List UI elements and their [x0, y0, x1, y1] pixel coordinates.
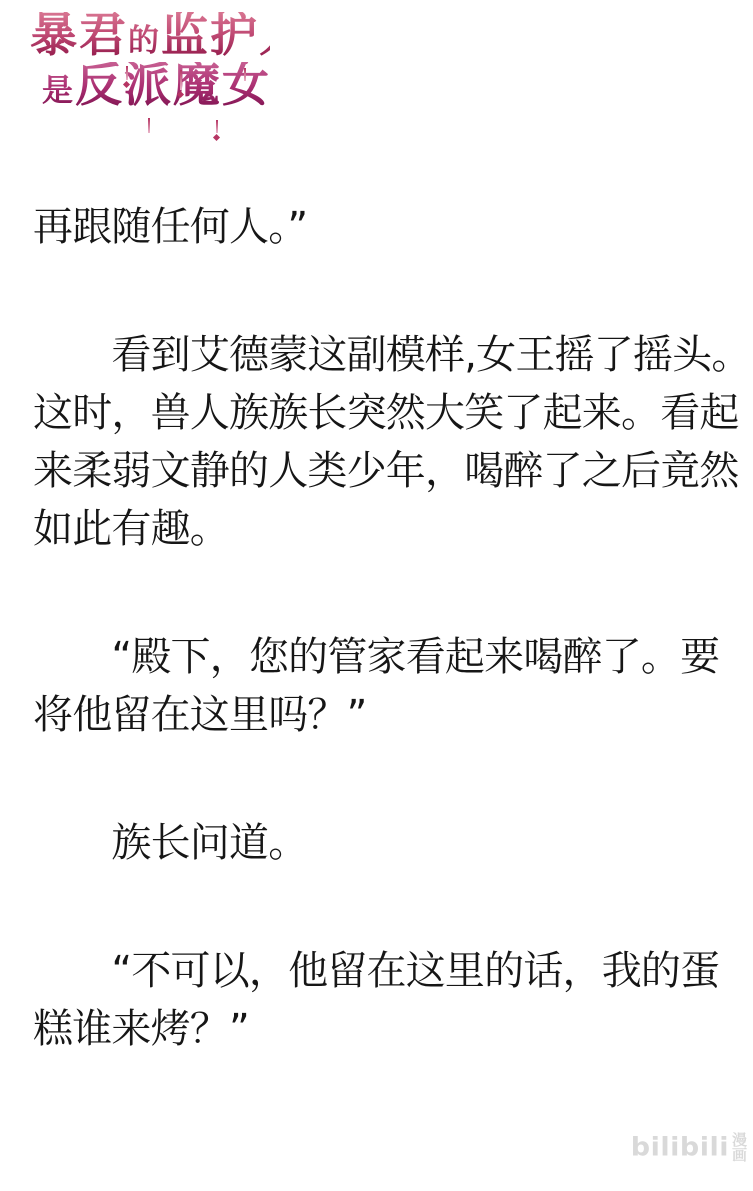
logo-title-line2: 是反派魔女	[42, 62, 270, 111]
logo-sparkle-decoration	[180, 70, 182, 90]
logo-sparkle-decoration	[148, 118, 150, 133]
text-line: 来柔弱文静的人类少年，喝醉了之后竟然	[33, 442, 720, 500]
text-line: 再跟随任何人。”	[33, 198, 720, 256]
novel-page: 暴君的监护人 是反派魔女 再跟随任何人。” 看到艾德蒙这副模样,女王摇了摇头。这…	[0, 0, 753, 1191]
series-logo: 暴君的监护人 是反派魔女	[30, 12, 270, 111]
paragraph: “不可以，他留在这里的话，我的蛋糕谁来烤？”	[33, 942, 720, 1058]
text-line: 糕谁来烤？”	[33, 1000, 720, 1058]
paragraph: 族长问道。	[33, 814, 720, 872]
text-line: 这时，兽人族族长突然大笑了起来。看起	[33, 384, 720, 442]
logo-title-segment: 的	[128, 23, 161, 59]
paragraph: 再跟随任何人。”	[33, 198, 720, 256]
bilibili-watermark: bilibili 漫 画	[631, 1132, 747, 1163]
paragraph: 看到艾德蒙这副模样,女王摇了摇头。这时，兽人族族长突然大笑了起来。看起来柔弱文静…	[33, 326, 720, 558]
novel-text-body: 再跟随任何人。” 看到艾德蒙这副模样,女王摇了摇头。这时，兽人族族长突然大笑了起…	[0, 198, 753, 1058]
logo-sparkle-decoration	[244, 68, 246, 81]
text-line: “殿下，您的管家看起来喝醉了。要	[33, 628, 720, 686]
logo-title-segment: 魔女	[173, 58, 271, 113]
logo-title-line1: 暴君的监护人	[30, 12, 270, 61]
logo-sparkle-decoration	[216, 120, 218, 133]
text-line: “不可以，他留在这里的话，我的蛋	[33, 942, 720, 1000]
logo-diamond-decoration	[213, 134, 220, 141]
manga-badge: 漫 画	[732, 1133, 747, 1163]
logo-title-segment: 暴君	[30, 8, 128, 63]
logo-title-segment: 是	[42, 73, 75, 109]
paragraph: “殿下，您的管家看起来喝醉了。要将他留在这里吗？”	[33, 628, 720, 744]
text-line: 看到艾德蒙这副模样,女王摇了摇头。	[33, 326, 720, 384]
text-line: 族长问道。	[33, 814, 720, 872]
logo-title-segment: 监护人	[161, 8, 308, 63]
manga-badge-bottom-char: 画	[732, 1148, 747, 1163]
bilibili-logo-text: bilibili	[631, 1133, 729, 1162]
text-line: 将他留在这里吗？”	[33, 686, 720, 744]
logo-sparkle-decoration	[126, 66, 128, 80]
text-line: 如此有趣。	[33, 500, 720, 558]
